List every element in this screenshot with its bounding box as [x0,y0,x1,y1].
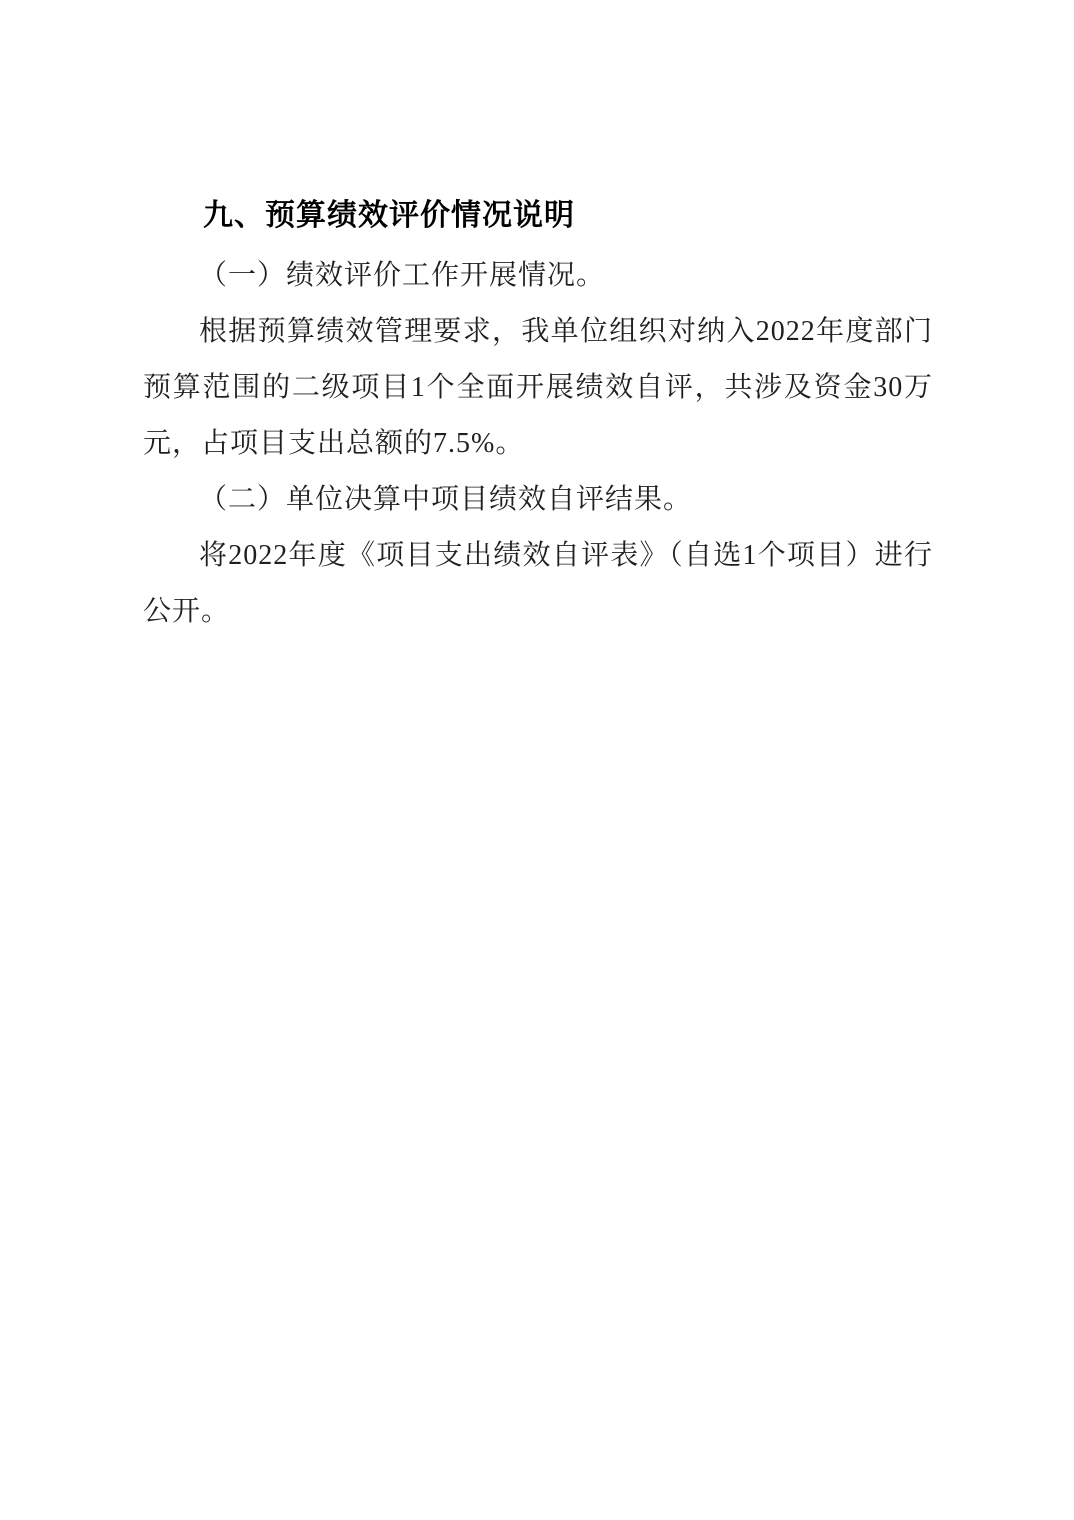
text-line: 公开。 [143,584,933,640]
section-title: 九、预算绩效评价情况说明 [143,188,933,244]
document-page: 九、预算绩效评价情况说明 （一）绩效评价工作开展情况。根据预算绩效管理要求，我单… [0,0,1074,1520]
text-line: 根据预算绩效管理要求，我单位组织对纳入2022年度部门 [143,304,933,360]
document-body: （一）绩效评价工作开展情况。根据预算绩效管理要求，我单位组织对纳入2022年度部… [143,248,933,640]
document-content: 九、预算绩效评价情况说明 （一）绩效评价工作开展情况。根据预算绩效管理要求，我单… [143,188,933,640]
text-line: 预算范围的二级项目1个全面开展绩效自评，共涉及资金30万 [143,360,933,416]
section-1-subheading: （一）绩效评价工作开展情况。 [143,248,933,304]
text-line: 元，占项目支出总额的7.5%。 [143,416,933,472]
section-2-subheading: （二）单位决算中项目绩效自评结果。 [143,472,933,528]
section-1-paragraph: 根据预算绩效管理要求，我单位组织对纳入2022年度部门预算范围的二级项目1个全面… [143,304,933,472]
text-line: （二）单位决算中项目绩效自评结果。 [143,472,933,528]
section-2-paragraph: 将2022年度《项目支出绩效自评表》（自选1个项目）进行公开。 [143,528,933,640]
text-line: 将2022年度《项目支出绩效自评表》（自选1个项目）进行 [143,528,933,584]
text-line: （一）绩效评价工作开展情况。 [143,248,933,304]
